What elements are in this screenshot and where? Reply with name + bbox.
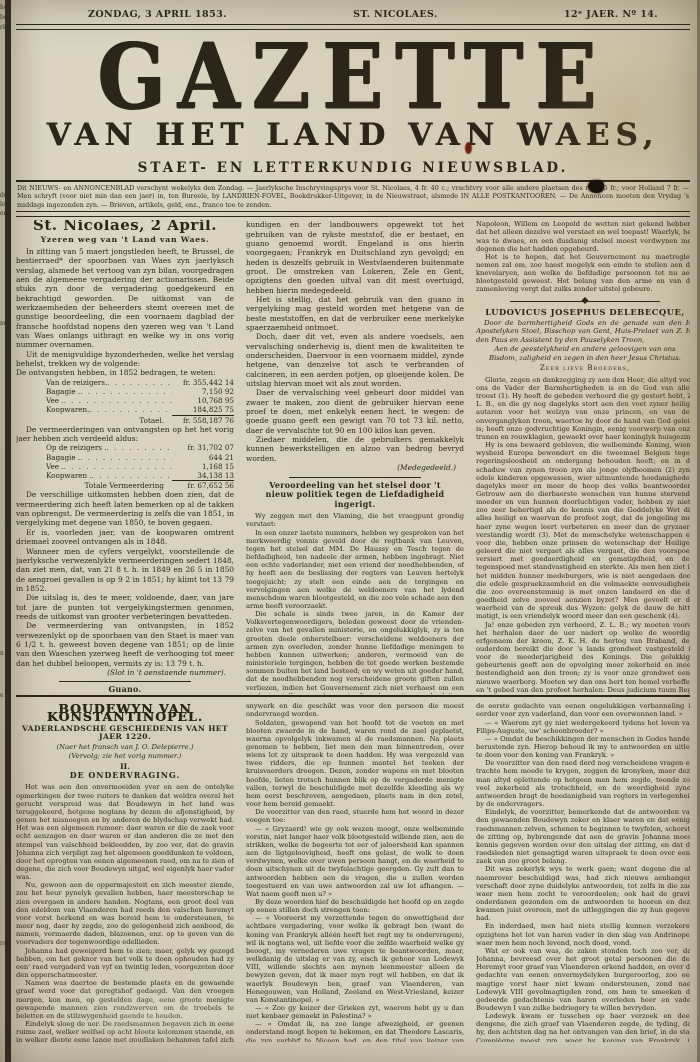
- dot-leader: [80, 387, 172, 396]
- paragraph: — « Vooreerst my verzettende tegen de on…: [246, 914, 464, 1004]
- dot-leader: [64, 462, 172, 471]
- dot-leader: [107, 443, 172, 452]
- ledger-label: Vee .: [16, 396, 64, 405]
- chapter-number: II.: [16, 763, 234, 771]
- scan-edge: [5, 0, 11, 1062]
- feuilleton-subtitle: VADERLANDSCHE GESCHIEDENIS VAN HET JAER …: [16, 725, 234, 741]
- page-content: ZONDAG, 3 APRIL 1853. ST. NICOLAES. 12ᵉ …: [14, 0, 692, 1042]
- header-row: ZONDAG, 3 APRIL 1853. ST. NICOLAES. 12ᵉ …: [14, 0, 692, 23]
- ledger-amount: 1,168 15: [172, 462, 234, 471]
- ledger-amount: 7,150 92: [172, 387, 234, 396]
- ledger-row: Op de reizigers .fr. 31,702 07: [16, 443, 234, 452]
- feuilleton-column-3: de eerste gedachte van eenen ongelukkige…: [476, 702, 690, 1042]
- ledger-amount: fr. 355,442 14: [172, 378, 234, 387]
- city-name: ST. NICOLAES.: [353, 9, 438, 20]
- paragraph: Namen was daertoe de bestemde plaets en …: [16, 979, 234, 1020]
- news-column-2: kundigen en der landbouwers opgewekt tot…: [246, 220, 464, 694]
- paragraph: — « Zoo gy keizer der Grieken zyt, waero…: [246, 1004, 464, 1020]
- ledger-row: Koopwaren .34,138 13: [16, 471, 234, 480]
- attribution: (Medegedeeld.): [246, 463, 464, 472]
- ledger-row: Koopwaren.184,825 75: [16, 405, 234, 414]
- paragraph: — « Omdat ik, na zoo lange afwezigheid, …: [246, 1020, 464, 1042]
- paragraph: Die uitslag is, des te meer, voldoende, …: [16, 593, 234, 621]
- paragraph: Eindelyk, de voorzitter, bemerkende dat …: [476, 808, 690, 865]
- feuilleton-column-2: snywerk en die geschikt was voor den per…: [246, 702, 464, 1042]
- dot-leader: [92, 471, 172, 480]
- paragraph: Het is te hopen, dat het Gouvernement nu…: [476, 253, 690, 294]
- paragraph: Wy zeggen met den Vlaming, die het vraeg…: [246, 512, 464, 528]
- divider-rule: [289, 477, 421, 478]
- ledger-amount: fr. 31,702 07: [172, 443, 234, 452]
- paragraph: Wanneer men de cyfers vergelykt, voorste…: [16, 547, 234, 594]
- issue-date: ZONDAG, 3 APRIL 1853.: [88, 9, 227, 20]
- edge-text-fragment: n: [0, 650, 4, 657]
- ledger-label: Op de reizigers .: [16, 443, 107, 452]
- chapter-heading: DE ONDERVRAGING.: [16, 772, 234, 780]
- paragraph: — « Waerom zyt gy niet wedergekeerd tyde…: [476, 719, 690, 735]
- paragraph: De verschillige uitkomsten hebben doen z…: [16, 490, 234, 527]
- paragraph: De voorzitter van den raed derd nog vers…: [476, 759, 690, 808]
- article-heading: Guano.: [24, 685, 226, 694]
- paragraph: Soldaten, gewapend van het hoofd tot de …: [246, 719, 464, 809]
- feuilleton-credit: (Naer het fransch van J. O. Delepierre.): [16, 743, 234, 752]
- ledger-label: Koopwaren.: [16, 405, 89, 414]
- news-column-1: St. Nicolaes, 2 April.Yzeren weg van 't …: [16, 220, 234, 694]
- paragraph: Eindelyk sloeg de uer. De raedsmannen be…: [16, 1020, 234, 1042]
- ledger-row: Van de reizigers.fr. 355,442 14: [16, 378, 234, 387]
- paragraph: Doch, daer dit vet, even als andere voed…: [246, 332, 464, 388]
- ledger-amount: fr. 558,187 76: [172, 415, 234, 425]
- ledger-label: Totale Vermeerdering: [16, 481, 172, 490]
- ledger-amount: 644 21: [172, 453, 234, 462]
- ledger-amount: fr. 67,652 56: [172, 480, 234, 490]
- letter-salutation-line: Aen de geestelykheid en andere geloovige…: [482, 345, 688, 362]
- paragraph: Nu, gewoon aen de oppermajesteit en zich…: [16, 881, 234, 946]
- dot-leader: [107, 378, 172, 387]
- paragraph: — « Gryzaerd! wie gy ook wezen moogt, on…: [246, 825, 464, 898]
- paragraph: — « Omdat de beschikkingen der menschen …: [476, 735, 690, 759]
- paragraph: De vermeerdering van ontvangsten, in 185…: [16, 621, 234, 668]
- paragraph: Het is stellig, dat het gebruik van den …: [246, 295, 464, 332]
- paragraph: De ontvangsten hebben, in 1852 bedragen,…: [16, 368, 234, 377]
- ledger-label: Koopwaren .: [16, 471, 92, 480]
- paragraph: Er is, voorleden jaer, van de koopwaren …: [16, 528, 234, 547]
- paragraph: Ziedaer middelen, die de gebruikers gema…: [246, 435, 464, 463]
- double-rule: [16, 211, 690, 217]
- feuilleton-column-1: BOUDEWYN VAN KONSTANTINOPEL.VADERLANDSCH…: [16, 702, 234, 1042]
- ledger-amount: 10,768 95: [172, 396, 234, 405]
- article-heading: Yzeren weg van 't Land van Waes.: [16, 235, 234, 244]
- ledger-label: Totael.: [16, 416, 172, 425]
- paragraph: Hy is ons bewaerd gebleven, die welbemin…: [476, 441, 690, 620]
- ledger-label: Van de reizigers.: [16, 378, 107, 387]
- paragraph: Uit de menigvuldige byzonderheden, welke…: [16, 350, 234, 369]
- ledger-label: Vee .: [16, 462, 64, 471]
- paragraph: kundigen en der landbouwers opgewekt tot…: [246, 220, 464, 295]
- ledger-row: Vee .10,768 95: [16, 396, 234, 405]
- edge-text-fragment: e: [0, 692, 4, 699]
- ornament-divider: [510, 297, 660, 306]
- salutation: Zeer lieve Broeders,: [476, 364, 690, 373]
- news-column-3: Napoleon, Willem en Leopold de wetten ni…: [476, 220, 690, 694]
- ledger-row: Vee .1,168 15: [16, 462, 234, 471]
- dot-leader: [89, 405, 172, 414]
- letter-credit-line: Door de barmhertigheid Gods en de genade…: [476, 319, 690, 345]
- ledger-amount: 184,825 75: [172, 405, 234, 414]
- paragraph: Johanna had geweigerd hem te zien; maer,…: [16, 947, 234, 980]
- paragraph: Daer de vervalsching veel gebeurt door m…: [246, 388, 464, 435]
- feuilleton-title: BOUDEWYN VAN KONSTANTINOPEL.: [16, 705, 234, 721]
- ledger-label: Bagagie .: [16, 453, 80, 462]
- section-divider-rule: [16, 695, 690, 697]
- paragraph: Dit was zekerlyk wys te werk gaen; want …: [476, 865, 690, 922]
- news-section: St. Nicolaes, 2 April.Yzeren weg van 't …: [16, 220, 690, 694]
- paragraph: Lodewyk kwam er tusschen op haer verzoek…: [476, 1012, 690, 1042]
- newspaper-page: hofberkdelenermners ZONDAG, 3 APRIL 1853…: [0, 0, 700, 1062]
- masthead-tagline: STAET- EN LETTERKUNDIG NIEUWSBLAD.: [14, 160, 692, 176]
- paragraph: In een onzer laetste nummers, hebben wy …: [246, 529, 464, 611]
- article-heading: Veroordeeling van het stelsel door 't ni…: [254, 481, 456, 510]
- attribution: (Slot in 't aenstaende nummer).: [16, 668, 234, 677]
- issue-number: 12ᵉ JAER. Nº 14.: [564, 9, 658, 20]
- paragraph: de eerste gedachte van eenen ongelukkige…: [476, 702, 690, 718]
- dateline-heading: St. Nicolaes, 2 April.: [16, 221, 234, 230]
- ledger-total-row: Totael.fr. 558,187 76: [16, 415, 234, 425]
- paragraph: Glorie, zegen en dankzegging zy aen den …: [476, 376, 690, 441]
- paragraph: Ja! onze gebeden zyn verhoord, Z. L. B.;…: [476, 621, 690, 695]
- ledger-row: Bagagie .7,150 92: [16, 387, 234, 396]
- feuilleton-section: BOUDEWYN VAN KONSTANTINOPEL.VADERLANDSCH…: [16, 702, 690, 1042]
- paragraph: Wat er ook van was, de zaken stonden toc…: [476, 947, 690, 1012]
- heavy-rule: [16, 180, 690, 182]
- dot-leader: [64, 396, 172, 405]
- paragraph: De vermeerderingen van ontvangsten op he…: [16, 425, 234, 444]
- feuilleton-credit: (Vervolg; zie het vorig nummer.): [16, 752, 234, 761]
- ledger-label: Bagagie .: [16, 387, 80, 396]
- paragraph: Die schale is sinds twee jaren, in de Ka…: [246, 610, 464, 694]
- dot-leader: [80, 453, 172, 462]
- paragraph: In zitting van 5 maert jongstleden heeft…: [16, 247, 234, 350]
- ledger-total-row: Totale Vermeerderingfr. 67,652 56: [16, 480, 234, 490]
- letter-author-heading: LUDOVICUS JOSEPHUS DELEBECQUE,: [476, 308, 690, 317]
- ledger-row: Bagagie .644 21: [16, 453, 234, 462]
- imprint-notice: Dit NIEUWS- en ANNONCENBLAD verschynt we…: [17, 184, 689, 209]
- masthead-title: GAZETTE: [14, 36, 692, 117]
- paragraph: En inderdaed, men had niets stellig kunn…: [476, 922, 690, 946]
- paragraph: De voorzitter van den raed, stuerde hem …: [246, 808, 464, 824]
- divider-rule: [59, 681, 191, 682]
- ledger-amount: 34,138 13: [172, 471, 234, 480]
- paragraph: Het was aen den onvermoeiden yver en aen…: [16, 783, 234, 881]
- paragraph: snywerk en die geschikt was voor den per…: [246, 702, 464, 718]
- paragraph: By deze woorden hief de beschuldigde het…: [246, 898, 464, 914]
- paragraph: Napoleon, Willem en Leopold de wetten ni…: [476, 220, 690, 253]
